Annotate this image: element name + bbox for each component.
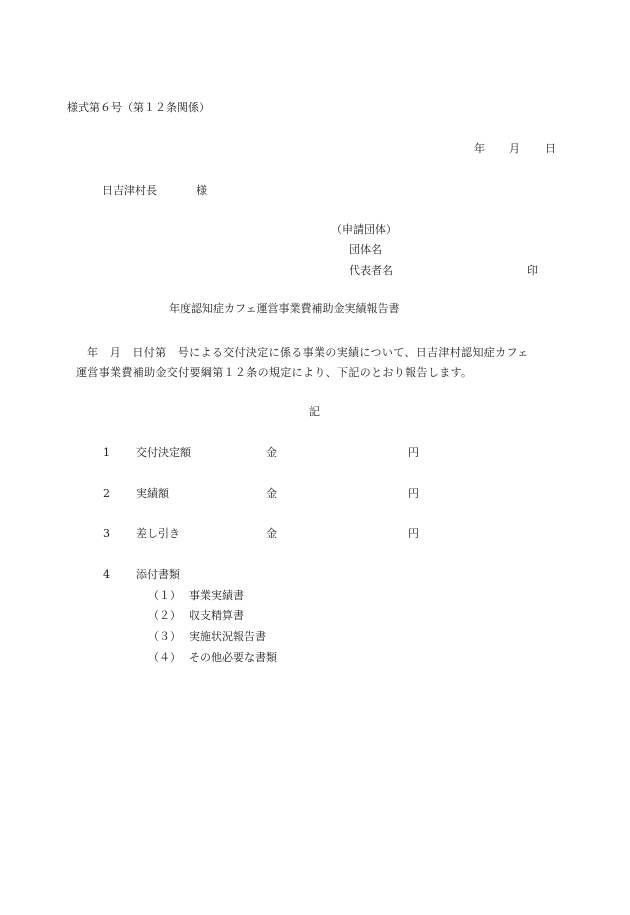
addressee-name: 日吉津村長	[102, 184, 157, 198]
item-kin: 金	[266, 527, 277, 541]
attachment-text: 実施状況報告書	[189, 630, 266, 644]
item-number: 3	[103, 527, 110, 541]
addressee-honorific: 様	[196, 184, 207, 198]
date-day: 日	[545, 142, 556, 156]
ki-heading: 記	[309, 405, 320, 419]
body-line-2: 運営事業費補助金交付要綱第１２条の規定により、下記のとおり報告します。	[76, 366, 472, 380]
item-kin: 金	[266, 487, 277, 501]
attachment-number: （４）	[148, 651, 181, 665]
item-yen: 円	[408, 446, 419, 460]
item-label: 交付決定額	[136, 446, 191, 460]
attachment-text: その他必要な書類	[189, 651, 277, 665]
item-yen: 円	[408, 487, 419, 501]
date-month: 月	[509, 142, 520, 156]
seal-mark: 印	[527, 264, 538, 278]
attachments-number: 4	[103, 568, 110, 582]
date-year: 年	[474, 142, 485, 156]
item-label: 差し引き	[136, 527, 180, 541]
attachments-label: 添付書類	[136, 568, 180, 582]
org-name-label: 団体名	[349, 243, 382, 257]
document-title: 年度認知症カフェ運営事業費補助金実績報告書	[169, 302, 399, 316]
attachment-number: （３）	[148, 630, 181, 644]
representative-label: 代表者名	[349, 264, 393, 278]
item-number: 2	[103, 487, 110, 501]
applicant-heading: （申請団体）	[331, 223, 397, 237]
body-line-1: 年 月 日付第 号による交付決定に係る事業の実績について、日吉津村認知症カフェ	[87, 346, 529, 360]
item-number: 1	[103, 446, 110, 460]
item-label: 実績額	[136, 487, 169, 501]
attachment-number: （１）	[148, 589, 181, 603]
item-kin: 金	[266, 446, 277, 460]
form-number: 様式第６号（第１２条関係）	[67, 101, 210, 115]
attachment-number: （２）	[148, 609, 181, 623]
item-yen: 円	[408, 527, 419, 541]
attachment-text: 収支精算書	[189, 609, 244, 623]
attachment-text: 事業実績書	[189, 589, 244, 603]
